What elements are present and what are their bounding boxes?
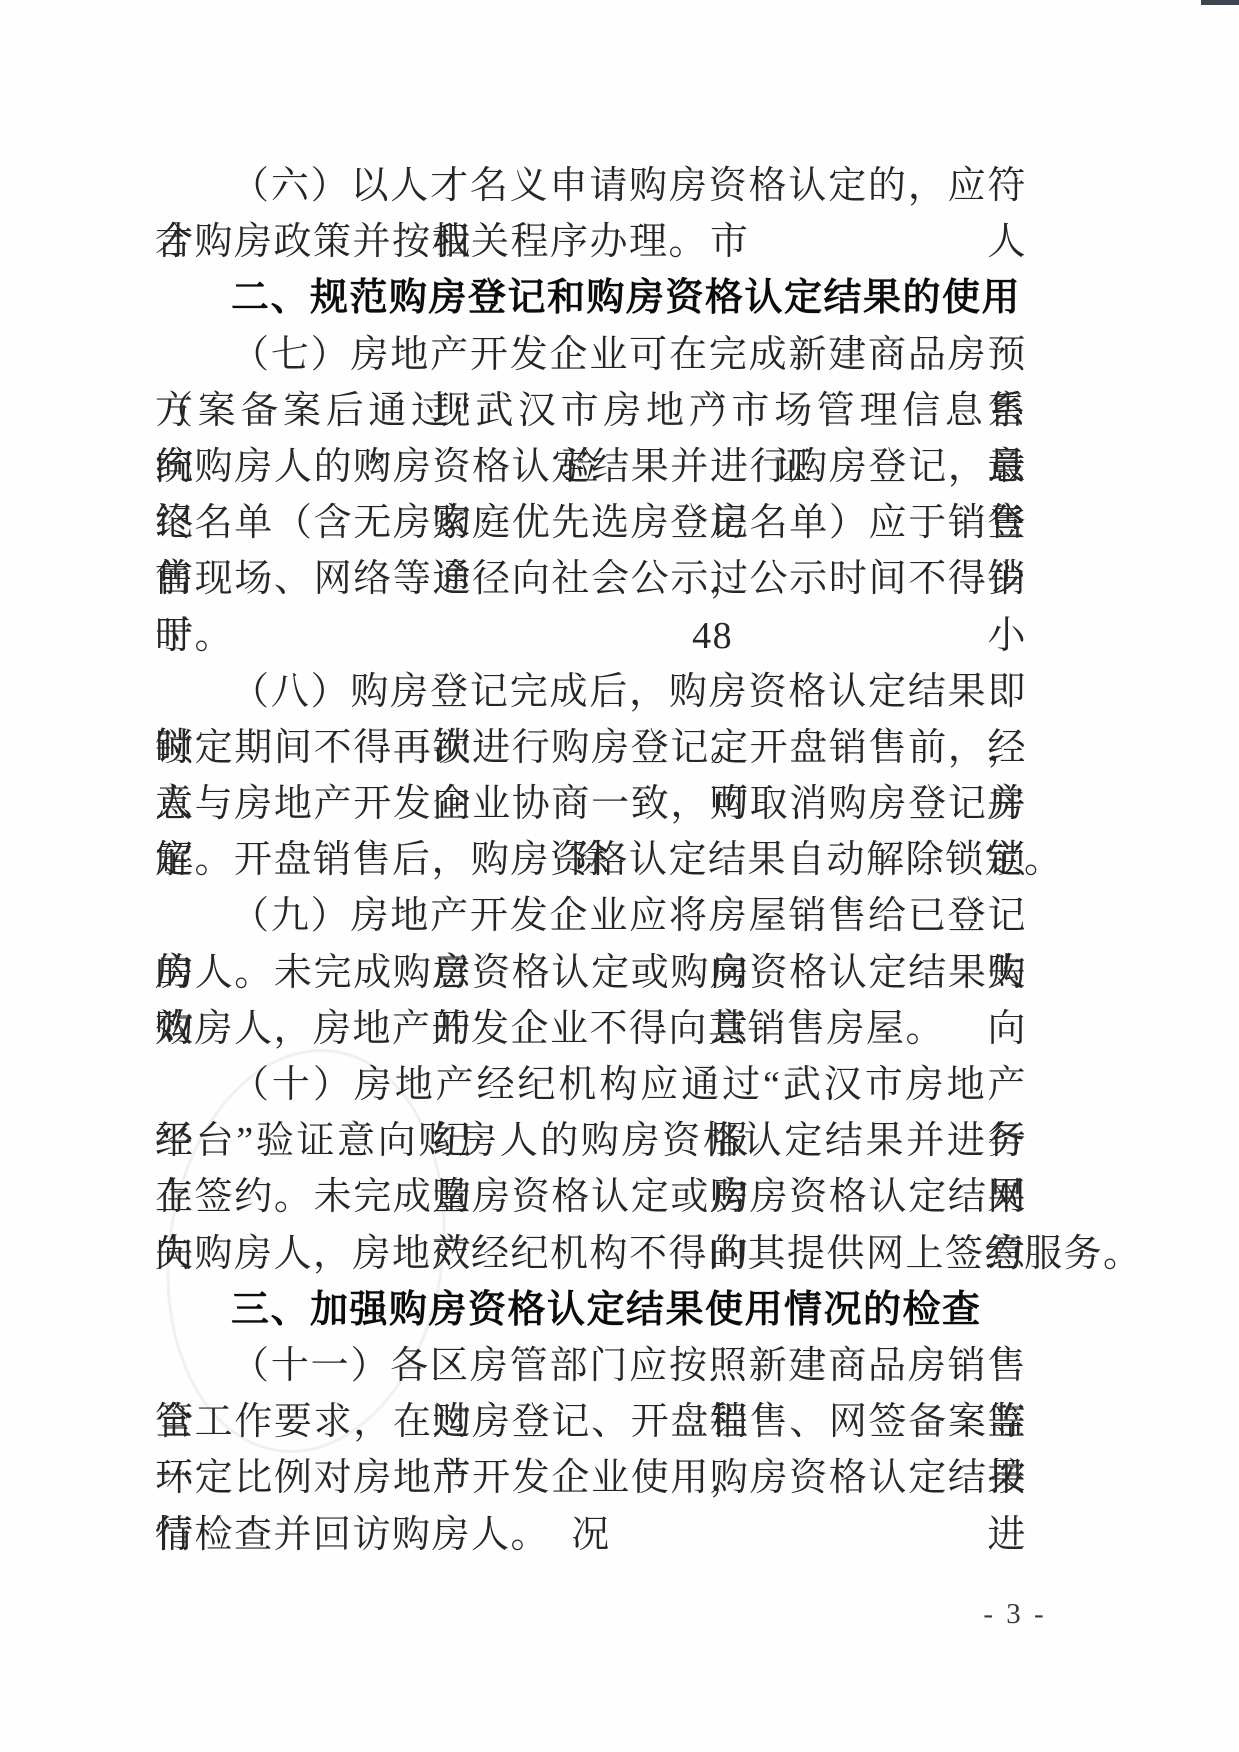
paragraph-10-line: 上签约。未完成购房资格认定或购房资格认定结果失效的意: [155, 1169, 1027, 1225]
paragraph-10-line: 向购房人，房地产经纪机构不得向其提供网上签约服务。: [155, 1226, 1027, 1282]
paragraph-8-line: 定。开盘销售后，购房资格认定结果自动解除锁定。: [155, 832, 1027, 888]
paragraph-10-line: （十）房地产经纪机构应通过“武汉市房地产经纪服务: [155, 1057, 1027, 1113]
scan-corner-artifact: [1201, 0, 1239, 5]
paragraph-11-line: 一定比例对房地产开发企业使用购房资格认定结果情况进: [155, 1450, 1027, 1506]
paragraph-7-line: （七）房地产开发企业可在完成新建商品房预（现）售: [155, 327, 1027, 383]
paragraph-9-line: 购房人，房地产开发企业不得向其销售房屋。: [155, 1001, 1027, 1057]
paragraph-7-line: 方案备案后通过“武汉市房地产市场管理信息系统”验证意: [155, 383, 1027, 439]
page-number: - 3 -: [960, 1598, 1070, 1631]
paragraph-9-line: （九）房地产开发企业应将房屋销售给已登记的意向购: [155, 888, 1027, 944]
paragraph-11-line: 管工作要求，在购房登记、开盘销售、网签备案等环节，按: [155, 1394, 1027, 1450]
document-body: （六）以人才名义申请购房资格认定的，应符合我市人 才购房政策并按相关程序办理。 …: [155, 158, 1027, 1563]
paragraph-7-line: 售现场、网络等途径向社会公示，公示时间不得少于 48 小: [155, 551, 1027, 607]
paragraph-11-line: （十一）各区房管部门应按照新建商品房销售全过程监: [155, 1338, 1027, 1394]
paragraph-8-line: （八）购房登记完成后，购房资格认定结果即时锁定，: [155, 664, 1027, 720]
paragraph-7-line: 记名单（含无房家庭优先选房登记名单）应于销售前通过销: [155, 495, 1027, 551]
paragraph-10-line: 平台”验证意向购房人的购房资格认定结果并进行存量房网: [155, 1113, 1027, 1169]
section-heading-2: 二、规范购房登记和购房资格认定结果的使用: [155, 270, 1027, 326]
paragraph-8-line: 人与房地产开发企业协商一致，可取消购房登记并解除锁: [155, 776, 1027, 832]
scanned-document-page: （六）以人才名义申请购房资格认定的，应符合我市人 才购房政策并按相关程序办理。 …: [0, 0, 1239, 1752]
section-heading-3: 三、加强购房资格认定结果使用情况的检查: [155, 1282, 1027, 1338]
paragraph-9-line: 房人。未完成购房资格认定或购房资格认定结果失效的意向: [155, 945, 1027, 1001]
paragraph-6-line: （六）以人才名义申请购房资格认定的，应符合我市人: [155, 158, 1027, 214]
paragraph-8-line: 锁定期间不得再次进行购房登记。开盘销售前，经意向购房: [155, 720, 1027, 776]
paragraph-7-line: 向购房人的购房资格认定结果并进行购房登记，最终购房登: [155, 439, 1027, 495]
